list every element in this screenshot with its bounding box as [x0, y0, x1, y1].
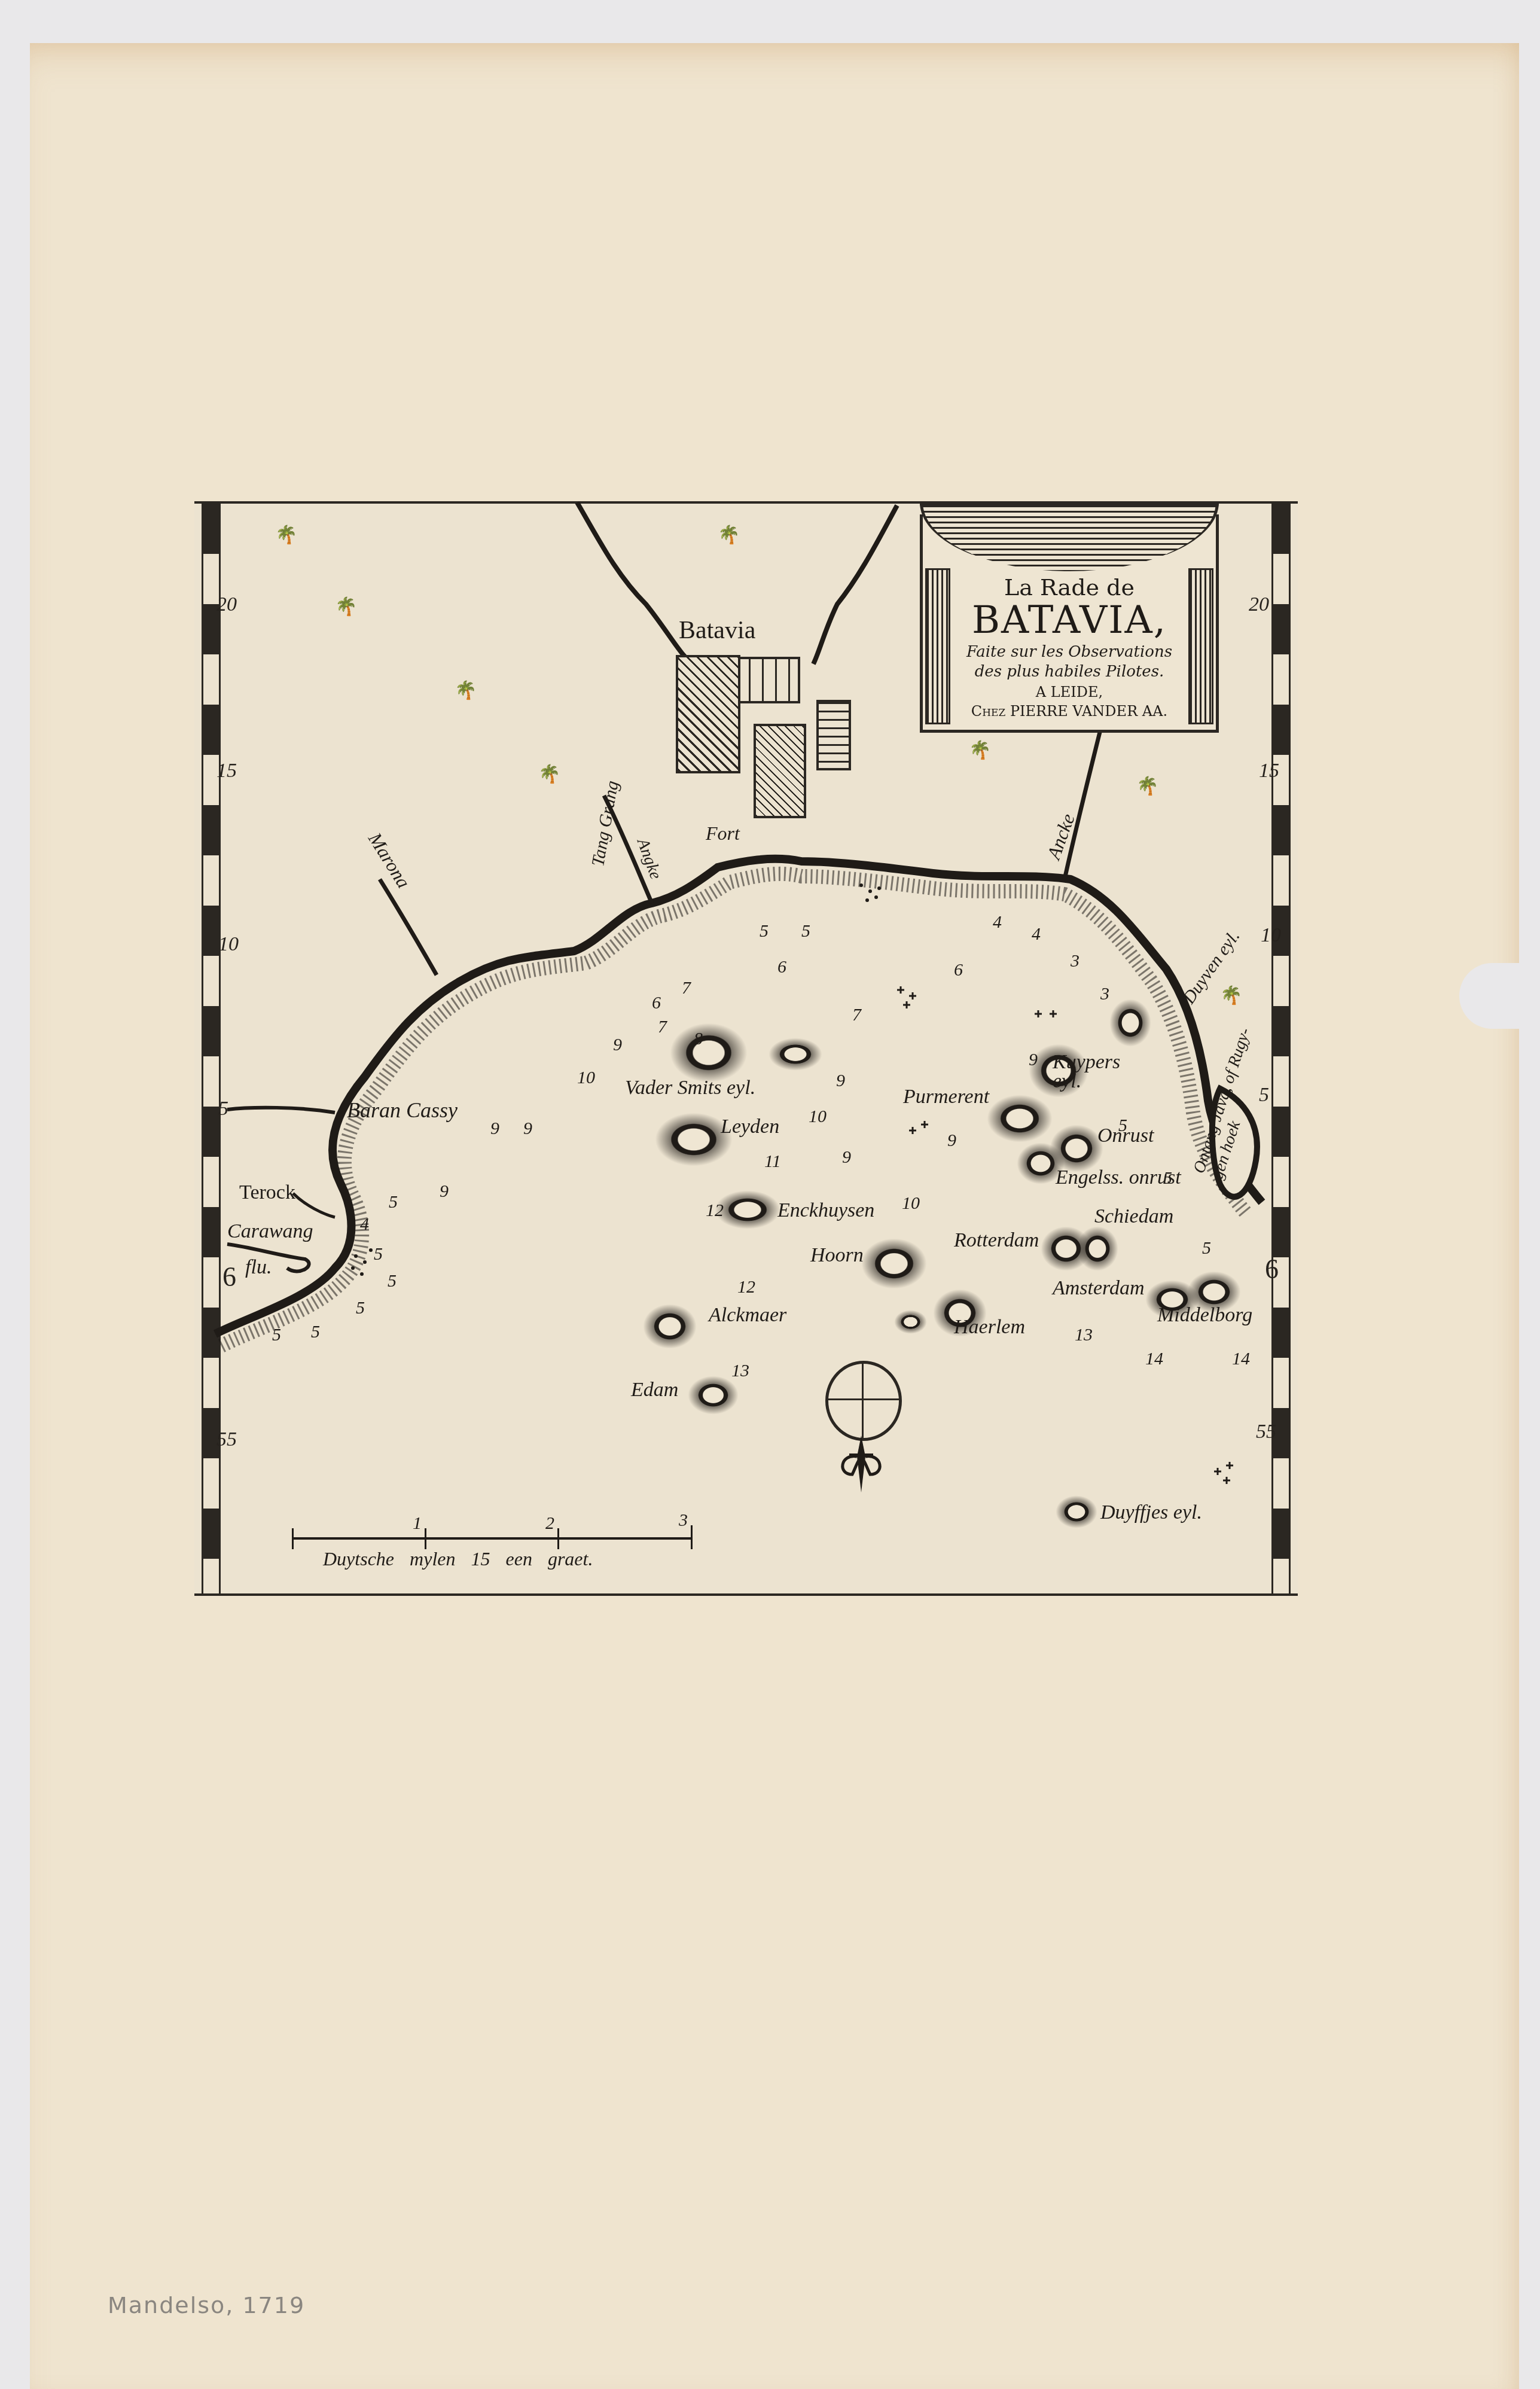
island-purmerent: [987, 1095, 1053, 1142]
batavia-town-east-blocks: [816, 700, 851, 770]
depth-sounding: 5: [388, 1271, 397, 1291]
depth-sounding: 9: [836, 1071, 845, 1091]
depth-sounding: 14: [1232, 1349, 1250, 1369]
pencil-annotation: Mandelso, 1719: [108, 2292, 305, 2318]
place-label-carawang: Carawang: [227, 1220, 313, 1243]
palm-tree-icon: 🌴: [969, 742, 991, 760]
island-label-leyden: Leyden: [721, 1116, 779, 1138]
depth-sounding: 9: [947, 1130, 956, 1151]
depth-sounding: 9: [1029, 1050, 1038, 1070]
cartouche-title-line1: La Rade de: [923, 574, 1216, 601]
cartouche-publisher: Chez PIERRE VANDER AA.: [923, 703, 1216, 720]
island-alckmaer: [643, 1304, 697, 1349]
depth-sounding: 14: [1145, 1349, 1163, 1369]
depth-sounding: 13: [731, 1361, 749, 1381]
island-label-vader-smits: Vader Smits eyl.: [625, 1077, 755, 1099]
depth-sounding: 5: [1163, 1168, 1172, 1189]
depth-sounding: 9: [613, 1035, 622, 1055]
palm-tree-icon: 🌴: [1220, 987, 1242, 1005]
cartouche-drapery: [920, 502, 1219, 571]
island-label-haerlem: Haerlem: [954, 1316, 1025, 1339]
scale-number-1: 1: [413, 1513, 422, 1534]
island-label-amsterdam: Amsterdam: [1053, 1277, 1145, 1300]
depth-sounding: 11: [764, 1151, 781, 1172]
island-label-duyffjes: Duyffjes eyl.: [1100, 1501, 1202, 1524]
scale-number-2: 2: [545, 1513, 554, 1534]
island-small-haerlem: [894, 1310, 927, 1334]
island-label-rotterdam: Rotterdam: [954, 1229, 1039, 1252]
depth-sounding: 5: [1202, 1238, 1211, 1259]
palm-tree-icon: 🌴: [455, 682, 477, 700]
depth-sounding: 5: [374, 1244, 383, 1264]
island-enckhuysen: [715, 1190, 780, 1229]
island-label-enckhuysen: Enckhuysen: [777, 1199, 874, 1222]
cartouche-subtitle-line1: Faite sur les Observations: [923, 643, 1216, 661]
island-label-middelborg: Middelborg: [1157, 1304, 1252, 1327]
depth-sounding: 5: [1118, 1116, 1127, 1136]
island-schiedam: [1077, 1226, 1118, 1271]
depth-sounding: 4: [1032, 924, 1041, 944]
island-vader-smits: [670, 1023, 748, 1083]
depth-sounding: 5: [356, 1298, 365, 1318]
island-label-alckmaer: Alckmaer: [709, 1304, 786, 1327]
fort-label: Fort: [706, 822, 740, 845]
depth-sounding: 3: [1100, 984, 1109, 1004]
depth-sounding: 4: [993, 912, 1002, 933]
palm-tree-icon: 🌴: [538, 766, 560, 784]
depth-sounding: 10: [577, 1068, 595, 1088]
scale-tick-2: [557, 1528, 559, 1549]
depth-sounding: 10: [902, 1193, 920, 1214]
depth-sounding: 7: [682, 978, 691, 998]
palm-tree-icon: 🌴: [275, 526, 297, 544]
scale-tick-1: [425, 1528, 426, 1549]
depth-sounding: 9: [523, 1119, 532, 1139]
place-label-terock: Terock: [239, 1181, 295, 1204]
cartouche-place: A LEIDE,: [923, 684, 1216, 700]
island-label-schiedam: Schiedam: [1094, 1205, 1173, 1228]
compass-rose-icon: [825, 1361, 902, 1441]
island-label-edam: Edam: [631, 1379, 678, 1401]
island-small-north: [769, 1038, 822, 1071]
depth-sounding: 6: [652, 993, 661, 1013]
batavia-fort-castle: [754, 724, 806, 818]
coastline-and-rivers: [0, 0, 1540, 2389]
palm-tree-icon: 🌴: [335, 598, 357, 616]
scale-tick-0: [292, 1528, 294, 1549]
depth-sounding: 9: [440, 1181, 449, 1202]
place-label-carawang-flu: flu.: [245, 1256, 272, 1279]
island-duyffjes: [1056, 1495, 1097, 1528]
fleur-de-lis-icon: [834, 1433, 888, 1498]
place-label-baran: Baran Cassy: [347, 1098, 458, 1123]
palm-tree-icon: 🌴: [1136, 778, 1158, 796]
city-label-batavia: Batavia: [679, 616, 755, 645]
depth-sounding: 7: [658, 1017, 667, 1037]
depth-sounding: 8: [694, 1029, 703, 1049]
scale-bar: [292, 1537, 693, 1540]
depth-sounding: 5: [760, 921, 769, 941]
depth-sounding: 5: [801, 921, 810, 941]
island-northeast: [1109, 999, 1151, 1047]
scale-tick-3: [691, 1525, 693, 1549]
island-label-purmerent: Purmerent: [903, 1086, 989, 1108]
depth-sounding: 10: [809, 1107, 827, 1127]
depth-sounding: 7: [852, 1005, 861, 1025]
depth-sounding: 6: [954, 960, 963, 980]
scale-number-3: 3: [679, 1510, 688, 1531]
island-label-engelss-onrust: Engelss. onrust: [1056, 1166, 1181, 1189]
depth-sounding: 9: [490, 1119, 499, 1139]
depth-sounding: 13: [1075, 1325, 1093, 1345]
depth-sounding: 9: [842, 1147, 851, 1168]
depth-sounding: 5: [311, 1322, 320, 1342]
scale-caption: Duytsche mylen 15 een graet.: [323, 1548, 593, 1570]
depth-sounding: 4: [360, 1214, 369, 1235]
island-label-hoorn: Hoorn: [810, 1244, 864, 1267]
cartouche-subtitle-line2: des plus habiles Pilotes.: [923, 663, 1216, 681]
depth-sounding: 3: [1071, 951, 1079, 971]
depth-sounding: 5: [272, 1325, 281, 1345]
depth-sounding: 12: [737, 1277, 755, 1297]
island-edam: [688, 1376, 739, 1415]
title-cartouche: La Rade de BATAVIA, Faite sur les Observ…: [920, 514, 1219, 733]
batavia-town-west-blocks: [676, 655, 740, 773]
depth-sounding: 5: [389, 1192, 398, 1212]
depth-sounding: 12: [706, 1200, 724, 1221]
island-label-kuypers: Kuypers eyl.: [1053, 1053, 1118, 1091]
island-hoorn: [861, 1238, 927, 1289]
depth-sounding: 6: [777, 957, 786, 977]
palm-tree-icon: 🌴: [718, 526, 740, 544]
cartouche-title-line2: BATAVIA,: [923, 598, 1216, 642]
